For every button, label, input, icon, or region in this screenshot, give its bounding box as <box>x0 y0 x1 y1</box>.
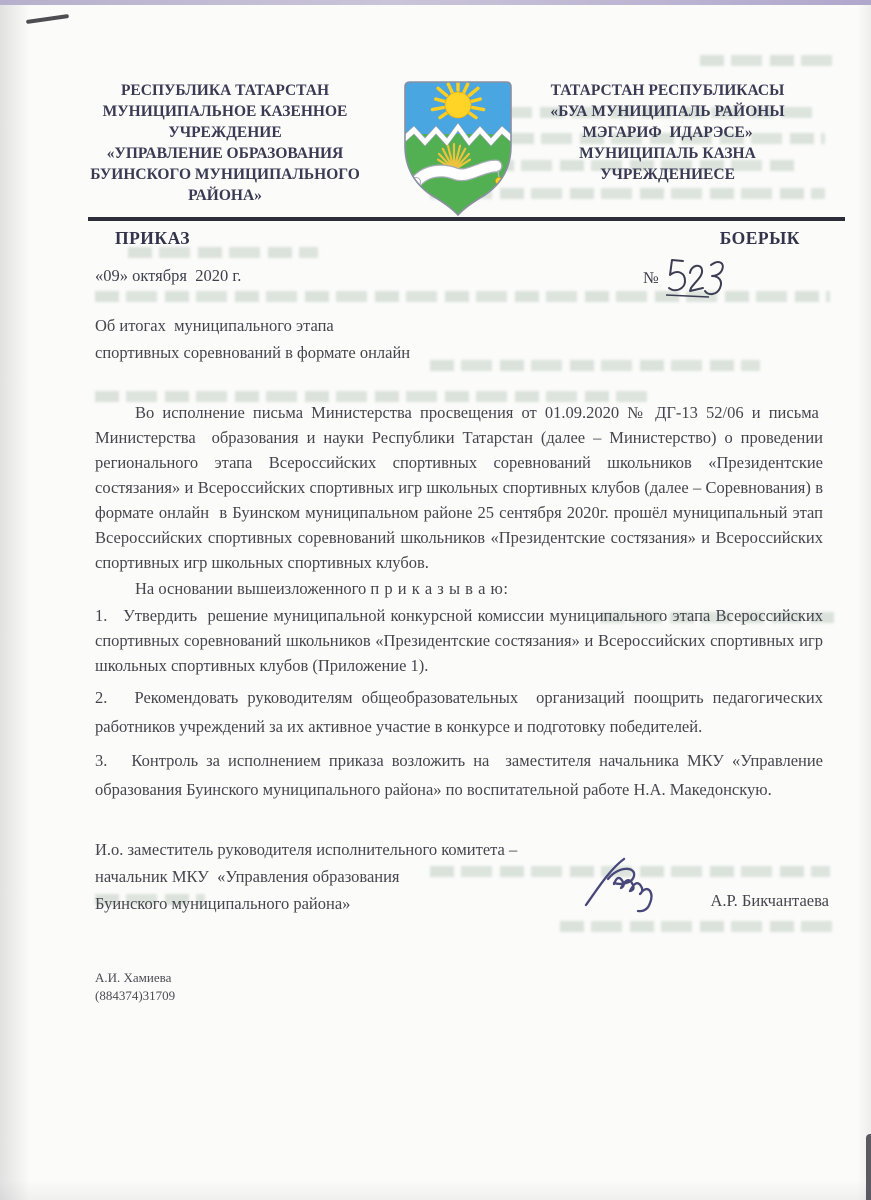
decree-intro-prefix: На основании вышеизложенного <box>135 579 370 598</box>
letterhead-line: РАЙОНА» <box>60 185 390 206</box>
letterhead-line: МУНИЦИПАЛЬ КАЗНА <box>515 143 820 164</box>
signatory-name: А.Р. Бикчантаева <box>711 891 830 911</box>
pen-dash-mark <box>26 14 69 24</box>
order-title-ru: ПРИКАЗ <box>115 228 190 249</box>
letterhead-line: БУИНСКОГО МУНИЦИПАЛЬНОГО <box>60 164 390 185</box>
paragraph-decree-intro: На основании вышеизложенного п р и к а з… <box>95 576 823 601</box>
signatory-title-line: Буинского муниципального района» <box>95 890 535 917</box>
date-number-row: «09» октября 2020 г. № <box>95 266 835 286</box>
letterhead: РЕСПУБЛИКА ТАТАРСТАН МУНИЦИПАЛЬНОЕ КАЗЕН… <box>60 80 820 218</box>
executor-name: А.И. Хамиева <box>95 969 823 987</box>
executor-contact: А.И. Хамиева (884374)31709 <box>95 969 823 1005</box>
handwritten-signature-icon <box>580 853 690 913</box>
order-number-label: № <box>643 268 659 288</box>
letterhead-line: ТАТАРСТАН РЕСПУБЛИКАСЫ <box>515 80 820 101</box>
letterhead-line: УЧРЕЖДЕНИЕ <box>60 122 390 143</box>
executor-phone: (884374)31709 <box>95 987 823 1005</box>
order-title-row: ПРИКАЗ БОЕРЫК <box>88 228 845 249</box>
order-item-3: 3. Контроль за исполнением приказа возло… <box>95 747 823 804</box>
letterhead-line: «БУА МУНИЦИПАЛЬ РАЙОНЫ <box>515 101 820 122</box>
page-corner-shadow <box>866 1134 871 1200</box>
letterhead-russian: РЕСПУБЛИКА ТАТАРСТАН МУНИЦИПАЛЬНОЕ КАЗЕН… <box>60 80 390 206</box>
subject-block: Об итогах муниципального этапа спортивны… <box>95 312 823 366</box>
subject-line-1: Об итогах муниципального этапа <box>95 312 823 339</box>
letterhead-tatar: ТАТАРСТАН РЕСПУБЛИКАСЫ «БУА МУНИЦИПАЛЬ Р… <box>515 80 820 185</box>
letterhead-line: «УПРАВЛЕНИЕ ОБРАЗОВАНИЯ <box>60 143 390 164</box>
letterhead-line: УЧРЕЖДЕНИЕСЕ <box>515 164 820 185</box>
order-item-1: 1. Утвердить решение муниципальной конку… <box>95 603 823 678</box>
signatory-title: И.о. заместитель руководителя исполнител… <box>95 836 535 917</box>
order-date: «09» октября 2020 г. <box>95 266 241 285</box>
signatory-title-line: начальник МКУ «Управления образования <box>95 863 535 890</box>
subject-line-2: спортивных соревнований в формате онлайн <box>95 339 823 366</box>
letterhead-line: МЭГАРИФ ИДАРЭСЕ» <box>515 122 820 143</box>
order-title-tatar: БОЕРЫК <box>720 228 800 249</box>
bleedthrough-text <box>700 55 835 66</box>
document-body: Об итогах муниципального этапа спортивны… <box>95 312 823 1005</box>
letterhead-line: МУНИЦИПАЛЬНОЕ КАЗЕННОЕ <box>60 101 390 122</box>
letterhead-line: РЕСПУБЛИКА ТАТАРСТАН <box>60 80 390 101</box>
scanner-edge-strip <box>0 0 871 5</box>
signature-block: И.о. заместитель руководителя исполнител… <box>95 836 823 917</box>
handwritten-order-number <box>663 254 743 306</box>
order-item-2: 2. Рекомендовать руководителям общеобраз… <box>95 684 823 741</box>
paragraph-preamble: Во исполнение письма Министерства просве… <box>95 400 823 575</box>
decree-intro-spaced: п р и к а з ы в а ю: <box>370 579 508 598</box>
coat-of-arms-icon <box>390 78 525 218</box>
letterhead-divider-rule <box>88 217 845 221</box>
signatory-title-line: И.о. заместитель руководителя исполнител… <box>95 836 535 863</box>
scanned-document-page: РЕСПУБЛИКА ТАТАРСТАН МУНИЦИПАЛЬНОЕ КАЗЕН… <box>0 0 871 1200</box>
